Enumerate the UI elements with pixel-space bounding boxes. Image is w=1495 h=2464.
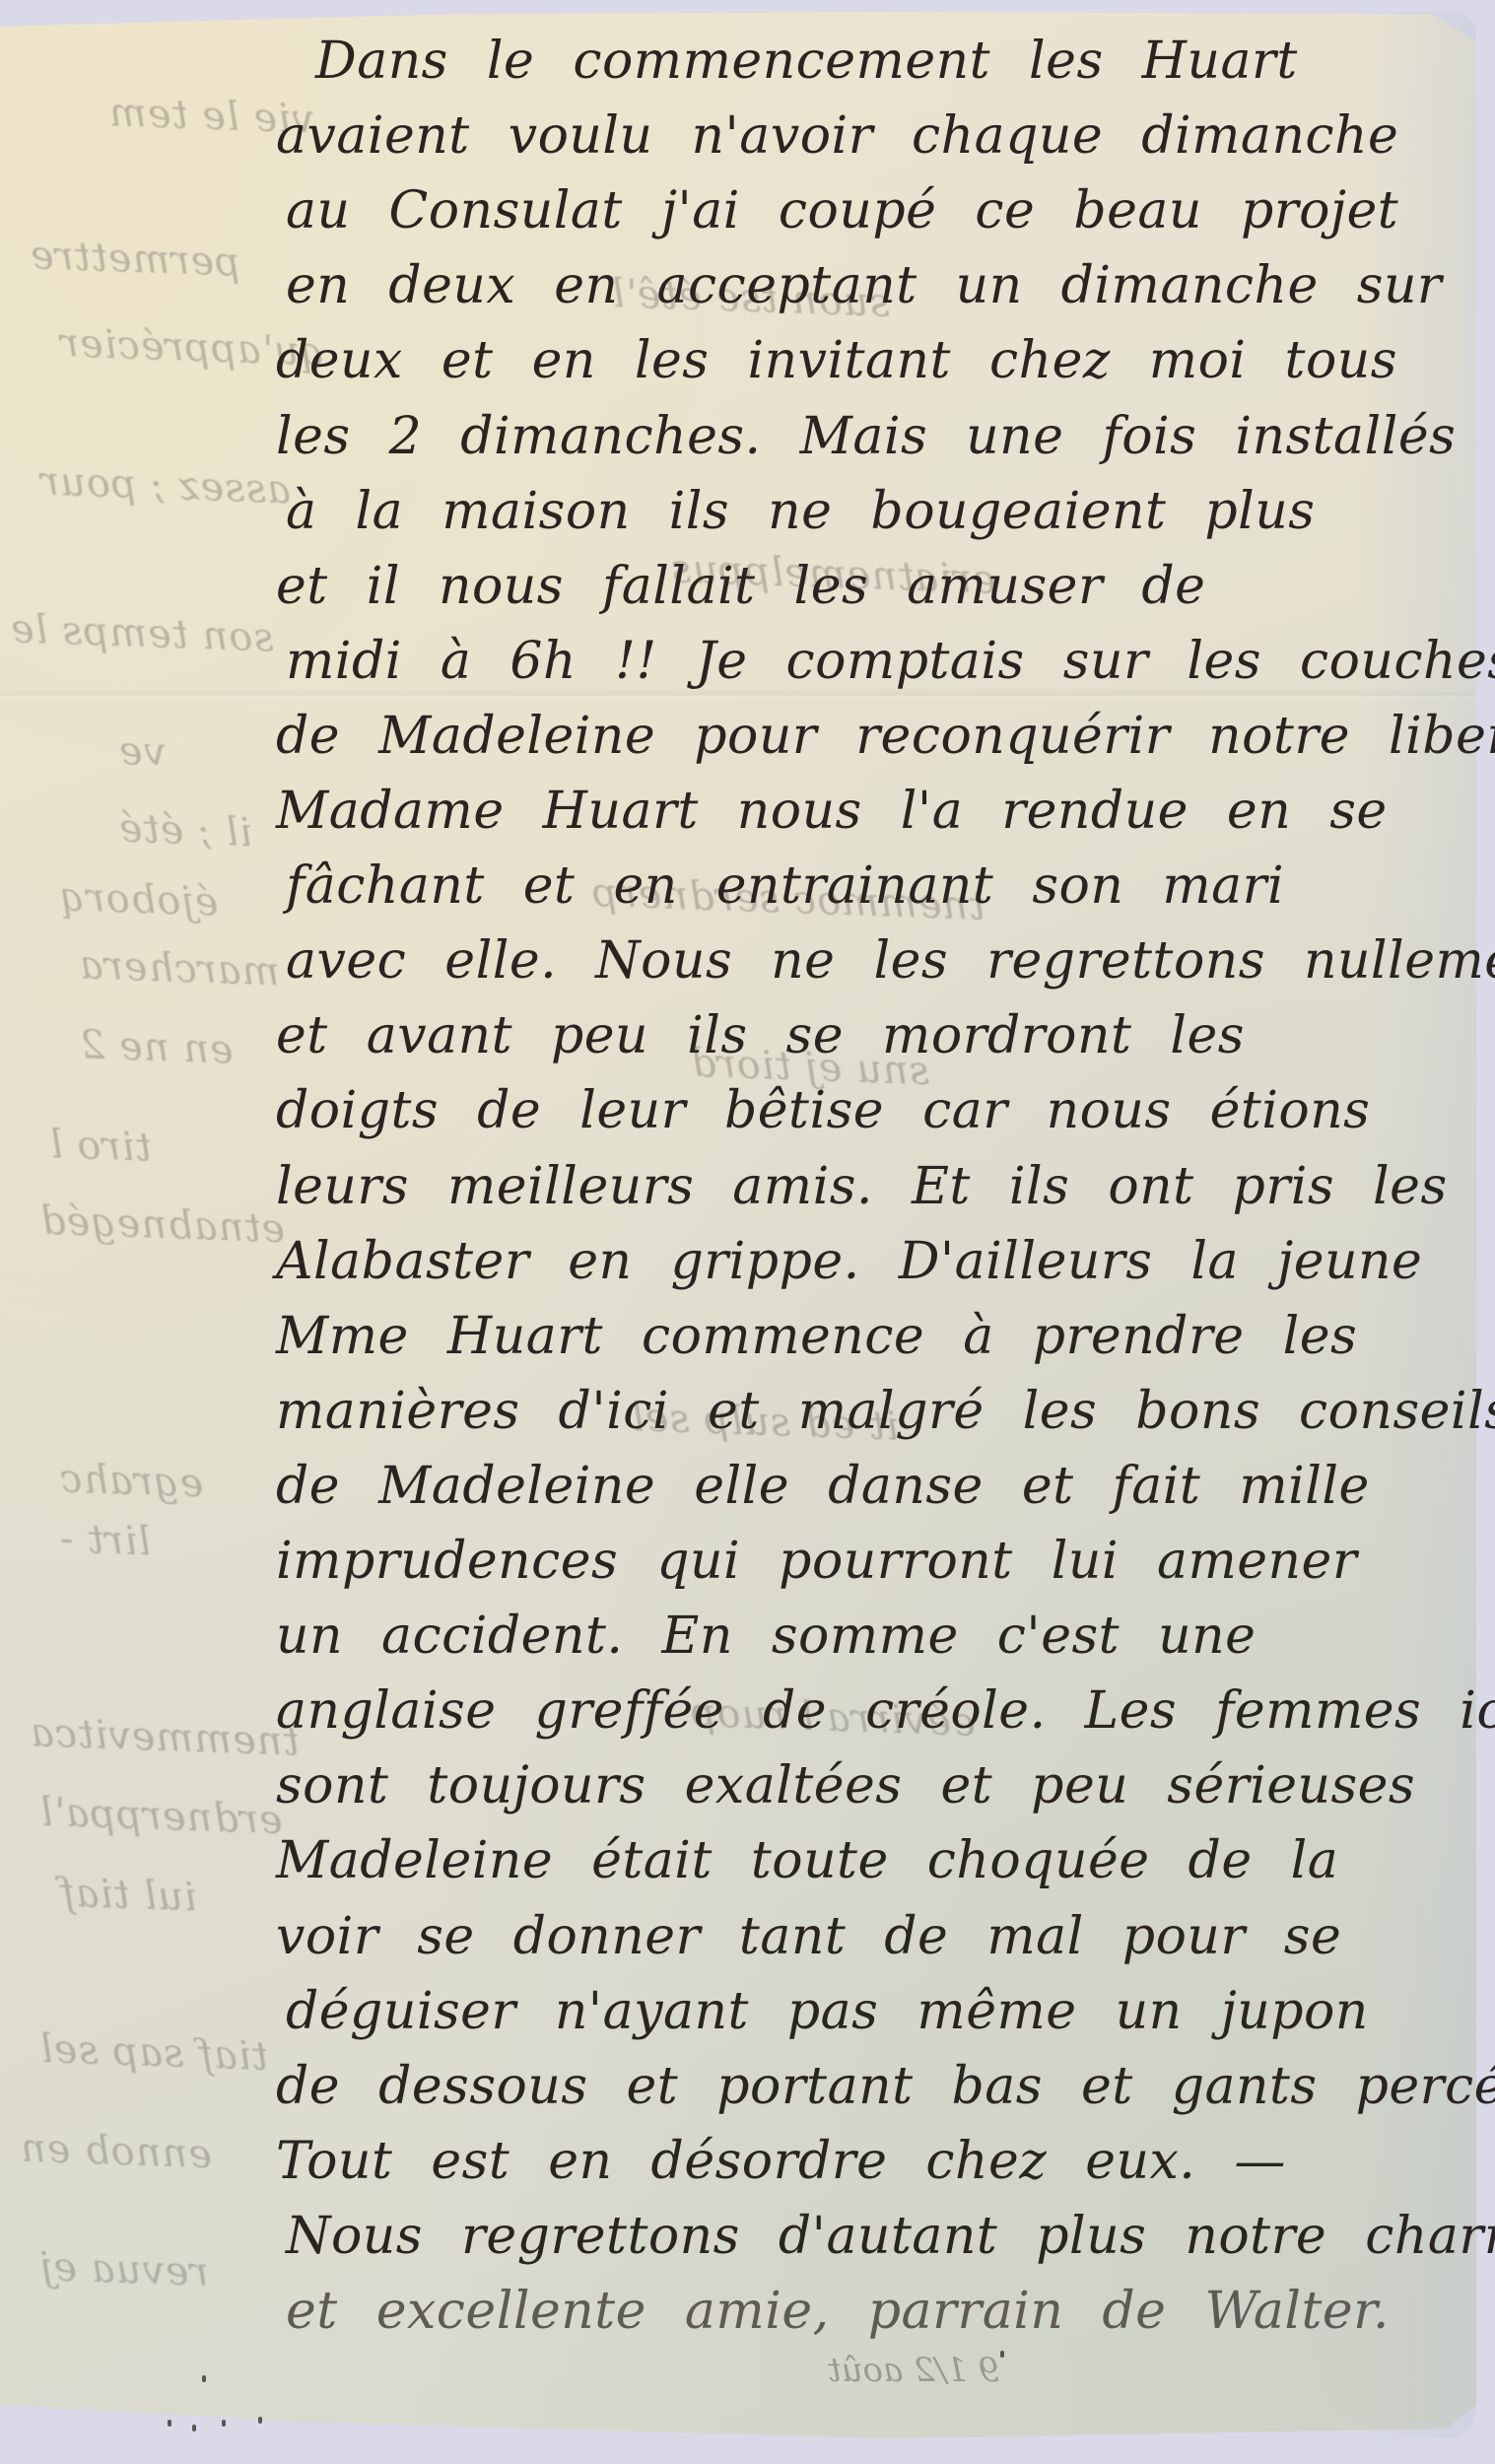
letter-line: leurs meilleurs amis. Et ils ont pris le… [276,1152,1448,1221]
showthrough-text: assez ; pour [38,459,292,513]
showthrough-date: 9 1/2 août [828,2351,999,2390]
letter-closing-line: et excellente amie, parrain de Walter. [286,2277,1390,2346]
showthrough-text: tiro l [48,1122,152,1171]
letter-line: avec elle. Nous ne les regrettons nullem… [286,926,1495,995]
letter-line: Tout est en désordre chez eux. — [276,2127,1286,2196]
letter-line: de Madeleine pour reconquérir notre libe… [276,702,1495,771]
letter-line: anglaise greffée de créole. Les femmes i… [276,1677,1495,1745]
letter-line: avaient voulu n'avoir chaque dimanche [276,102,1398,171]
showthrough-text: tiaf sap sel [38,2026,268,2080]
letter-line: de Madeleine elle danse et fait mille [276,1452,1370,1521]
letter-line: Alabaster en grippe. D'ailleurs la jeune [276,1227,1422,1296]
letter-line: sont toujours exaltées et peu sérieuses [276,1751,1415,1820]
letter-line: Dans le commencement les Huart [315,27,1298,96]
showthrough-text: éjoborq [58,874,219,925]
letter-line: et avant peu ils se mordront les [276,1001,1245,1070]
showthrough-text: ennob en [19,2126,213,2178]
ink-speck [258,2417,262,2424]
showthrough-text: egrahc [58,1456,204,1506]
ink-speck [168,2420,171,2427]
showthrough-text: iul tiaf [58,1871,197,1921]
showthrough-text: tnemmevitca [29,1710,300,1765]
showthrough-text: erdnerppa'l [38,1790,283,1844]
letter-line: les 2 dimanches. Mais une fois installés [276,402,1456,471]
letter-line: midi à 6h !! Je comptais sur les couches [286,627,1495,696]
letter-line: à la maison ils ne bougeaient plus [286,477,1315,546]
showthrough-text: revua ej [38,2244,209,2295]
letter-line: doigts de leur bêtise car nous étions [276,1076,1370,1145]
letter-line: voir se donner tant de mal pour se [276,1902,1341,1971]
letter-line: et il nous fallait les amuser de [276,552,1205,621]
letter-line: deux et en les invitant chez moi tous [276,326,1397,395]
ink-speck [1000,2351,1004,2358]
showthrough-text: etnabnegéd [38,1198,286,1253]
showthrough-text: ve [117,728,167,776]
letter-line: Mme Huart commence à prendre les [276,1302,1357,1371]
letter-line: déguiser n'ayant pas même un jupon [286,1977,1369,2046]
letter-line: fâchant et en entrainant son mari [286,852,1284,921]
letter-line: imprudences qui pourront lui amener [276,1527,1357,1596]
letter-line: Madeleine était toute choquée de la [276,1826,1338,1895]
ink-speck [202,2375,206,2382]
letter-line: Nous regrettons d'autant plus notre char… [286,2202,1495,2271]
showthrough-text: permettre [29,233,240,285]
letter-line: Madame Huart nous l'a rendue en se [276,777,1388,846]
letter-line: au Consulat j'ai coupé ce beau projet [286,176,1398,245]
letter-line: en deux en acceptant un dimanche sur [286,251,1442,320]
showthrough-text: lirt - [58,1516,152,1564]
ink-speck [222,2420,226,2427]
showthrough-text: en ne 2 [78,1022,234,1072]
letter-line: manières d'ici et malgré les bons consei… [276,1377,1495,1446]
letter-line: un accident. En somme c'est une [276,1602,1256,1671]
letter-line: de dessous et portant bas et gants percé… [276,2052,1495,2121]
showthrough-text: son temps le [9,606,275,660]
showthrough-text: marchera [78,942,280,994]
ink-speck [192,2425,196,2431]
showthrough-text: il ; été [117,806,252,856]
